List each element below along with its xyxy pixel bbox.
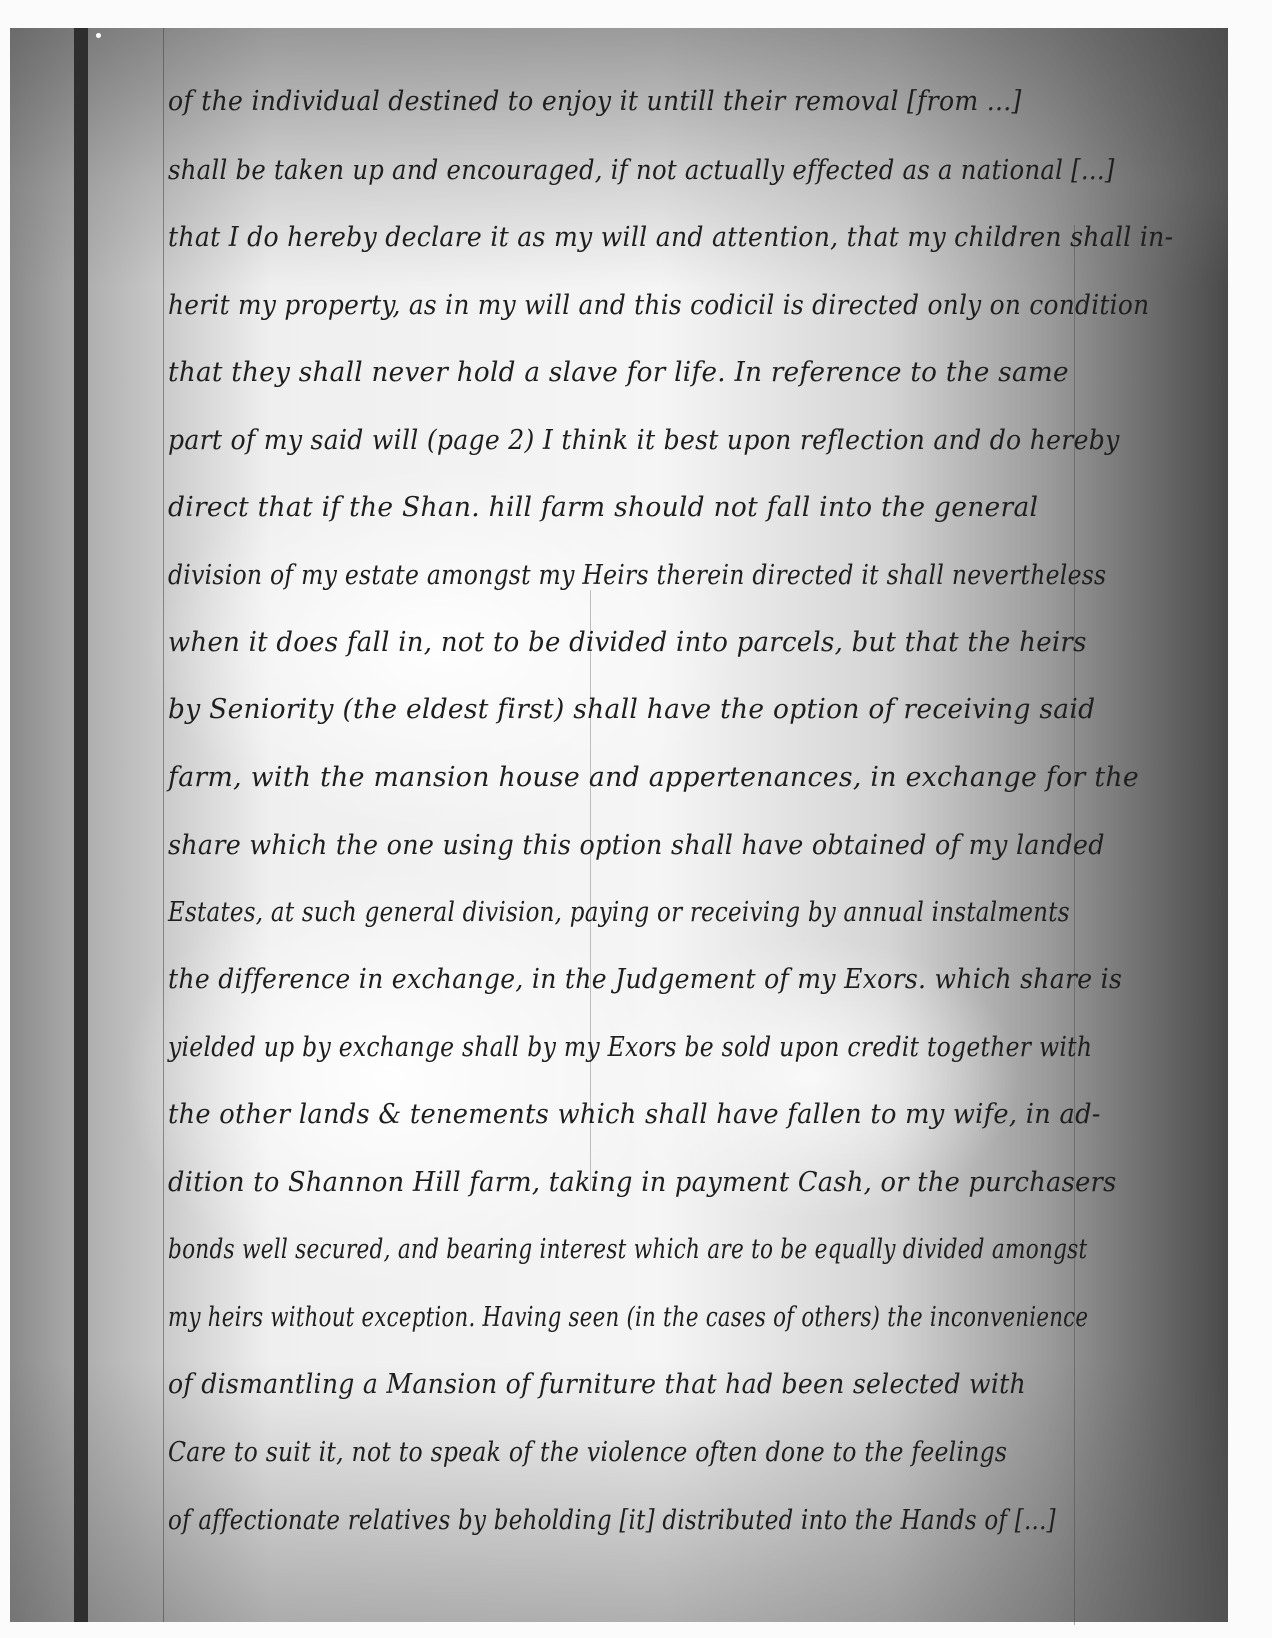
manuscript-line: Care to suit it, not to speak of the vio… <box>168 1437 1007 1468</box>
manuscript-line: the difference in exchange, in the Judge… <box>168 964 1122 995</box>
manuscript-line: herit my property, as in my will and thi… <box>168 290 1149 321</box>
manuscript-line: the other lands & tenements which shall … <box>168 1099 1101 1130</box>
manuscript-line: dition to Shannon Hill farm, taking in p… <box>168 1167 1117 1198</box>
manuscript-line: yielded up by exchange shall by my Exors… <box>168 1032 1092 1063</box>
manuscript-line: part of my said will (page 2) I think it… <box>168 425 1120 456</box>
manuscript-line: of the individual destined to enjoy it u… <box>168 86 1022 117</box>
left-margin-rule <box>163 28 164 1622</box>
manuscript-line: of dismantling a Mansion of furniture th… <box>168 1369 1026 1400</box>
manuscript-line: Estates, at such general division, payin… <box>168 897 1070 928</box>
manuscript-line: when it does fall in, not to be divided … <box>168 627 1087 658</box>
manuscript-line: direct that if the Shan. hill farm shoul… <box>168 492 1038 523</box>
manuscript-line: farm, with the mansion house and apperte… <box>168 762 1139 793</box>
manuscript-line: division of my estate amongst my Heirs t… <box>168 560 1106 591</box>
manuscript-line: my heirs without exception. Having seen … <box>168 1302 1088 1333</box>
manuscript-line: share which the one using this option sh… <box>168 830 1105 861</box>
manuscript-line: shall be taken up and encouraged, if not… <box>168 155 1115 186</box>
manuscript-line: that they shall never hold a slave for l… <box>168 357 1069 388</box>
manuscript-line: that I do hereby declare it as my will a… <box>168 222 1173 253</box>
binding-shadow <box>74 28 88 1622</box>
manuscript-line: of affectionate relatives by beholding [… <box>168 1505 1056 1536</box>
manuscript-line: bonds well secured, and bearing interest… <box>168 1234 1087 1265</box>
scan-speck <box>96 33 101 38</box>
manuscript-line: by Seniority (the eldest first) shall ha… <box>168 694 1095 725</box>
